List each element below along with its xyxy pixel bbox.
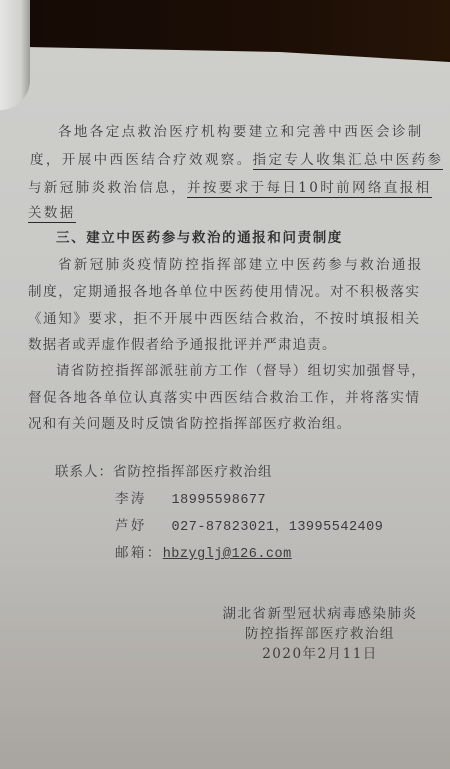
section3-line3: 《通知》要求，拒不开展中西医结合救治，不按时填报相关 — [28, 307, 421, 327]
contact-person1: 李涛 18995598677 — [115, 487, 266, 508]
para1-line1: 各地各定点救治医疗机构要建立和完善中西医会诊制 — [58, 120, 424, 140]
contact-label: 联系人： — [55, 464, 113, 480]
section3-line4: 数据者或弄虚作假者给予通报批评并严肃追责。 — [28, 333, 337, 353]
para1-line3: 与新冠肺炎救治信息，并按要求于每日10时前网络直报相 — [28, 176, 432, 196]
para1-line3-text: 与新冠肺炎救治信息， — [28, 180, 187, 196]
para1-line2-text: 度，开展中西医结合疗效观察。 — [30, 152, 253, 168]
contact-org: 省防控指挥部医疗救治组 — [113, 464, 273, 480]
section3-heading: 三、建立中医药参与救治的通报和问责制度 — [56, 226, 343, 246]
section3-line1: 省新冠肺炎疫情防控指挥部建立中医药参与救治通报 — [58, 253, 424, 273]
contact-email-row: 邮箱：hbzyglj@126.com — [115, 541, 292, 562]
supervision-line3: 况和有关问题及时反馈省防控指挥部医疗救治组。 — [28, 412, 351, 432]
supervision-line2: 督促各地各单位认真落实中西医结合救治工作，并将落实情 — [28, 386, 421, 406]
email-label: 邮箱： — [115, 545, 163, 561]
contact-row: 联系人：省防控指挥部医疗救治组 — [55, 460, 273, 480]
document-body: 各地各定点救治医疗机构要建立和完善中西医会诊制 度，开展中西医结合疗效观察。指定… — [0, 0, 450, 769]
contact-person2: 芦妤 027-87823021，13995542409 — [115, 514, 383, 535]
underlined-text: 指定专人收集汇总中医药参 — [253, 152, 444, 170]
underlined-text: 并按要求于每日10时前网络直报相 — [187, 180, 432, 198]
signature-date: 2020年2月11日 — [200, 642, 440, 662]
section3-line2: 制度，定期通报各地各单位中医药使用情况。对不积极落实 — [28, 280, 421, 300]
underlined-text: 关数据 — [28, 205, 76, 223]
person2-phone: 027-87823021，13995542409 — [172, 520, 384, 535]
person2-name: 芦妤 — [115, 518, 147, 534]
supervision-line1: 请省防控指挥部派驻前方工作（督导）组切实加强督导， — [56, 359, 426, 379]
para1-line4: 关数据 — [28, 201, 76, 221]
signature-org-line1: 湖北省新型冠状病毒感染肺炎 — [200, 602, 440, 622]
person1-name: 李涛 — [115, 491, 147, 507]
email-link[interactable]: hbzyglj@126.com — [163, 547, 292, 562]
para1-line2: 度，开展中西医结合疗效观察。指定专人收集汇总中医药参 — [30, 148, 443, 168]
signature-org-line2: 防控指挥部医疗救治组 — [200, 622, 440, 642]
person1-phone: 18995598677 — [172, 493, 267, 508]
